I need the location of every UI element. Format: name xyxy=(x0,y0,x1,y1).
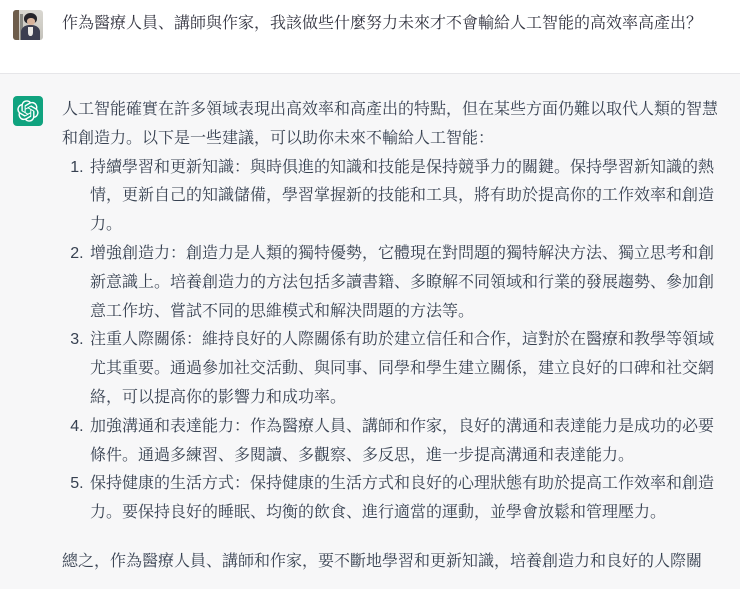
list-item-3: 注重人際關係：維持良好的人際關係有助於建立信任和合作，這對於在醫療和教學等領域尤… xyxy=(88,326,728,412)
avatar-person-face xyxy=(27,18,35,25)
suggestion-list: 持續學習和更新知識：與時俱進的知識和技能是保持競爭力的關鍵。保持學習新知識的熱情… xyxy=(62,154,728,528)
user-message-row: 作為醫療人員、講師與作家，我該做些什麼努力未來才不會輸給人工智能的高效率高產出？ xyxy=(0,0,740,73)
assistant-intro-paragraph: 人工智能確實在許多領域表現出高效率和高產出的特點，但在某些方面仍難以取代人類的智… xyxy=(62,96,728,154)
user-message-content: 作為醫療人員、講師與作家，我該做些什麼努力未來才不會輸給人工智能的高效率高產出？ xyxy=(62,10,728,39)
chat-conversation: 作為醫療人員、講師與作家，我該做些什麼努力未來才不會輸給人工智能的高效率高產出？… xyxy=(0,0,740,589)
list-item-2: 增強創造力：創造力是人類的獨特優勢，它體現在對問題的獨特解決方法、獨立思考和創新… xyxy=(88,240,728,326)
chatgpt-logo-icon xyxy=(13,96,43,126)
assistant-closing-paragraph: 總之，作為醫療人員、講師和作家，要不斷地學習和更新知識，培養創造力和良好的人際關 xyxy=(62,548,728,577)
list-item-5: 保持健康的生活方式：保持健康的生活方式和良好的心理狀態有助於提高工作效率和創造力… xyxy=(88,470,728,528)
openai-logo-icon xyxy=(17,100,39,122)
user-message-text: 作為醫療人員、講師與作家，我該做些什麼努力未來才不會輸給人工智能的高效率高產出？ xyxy=(62,10,728,39)
list-item-1: 持續學習和更新知識：與時俱進的知識和技能是保持競爭力的關鍵。保持學習新知識的熱情… xyxy=(88,154,728,240)
avatar-photo-background xyxy=(13,10,19,40)
avatar-person-shirt xyxy=(28,27,33,36)
assistant-message-content: 人工智能確實在許多領域表現出高效率和高產出的特點，但在某些方面仍難以取代人類的智… xyxy=(62,96,728,577)
list-item-4: 加強溝通和表達能力：作為醫療人員、講師和作家，良好的溝通和表達能力是成功的必要條… xyxy=(88,413,728,471)
user-avatar xyxy=(13,10,43,40)
assistant-message-row: 人工智能確實在許多領域表現出高效率和高產出的特點，但在某些方面仍難以取代人類的智… xyxy=(0,73,740,589)
